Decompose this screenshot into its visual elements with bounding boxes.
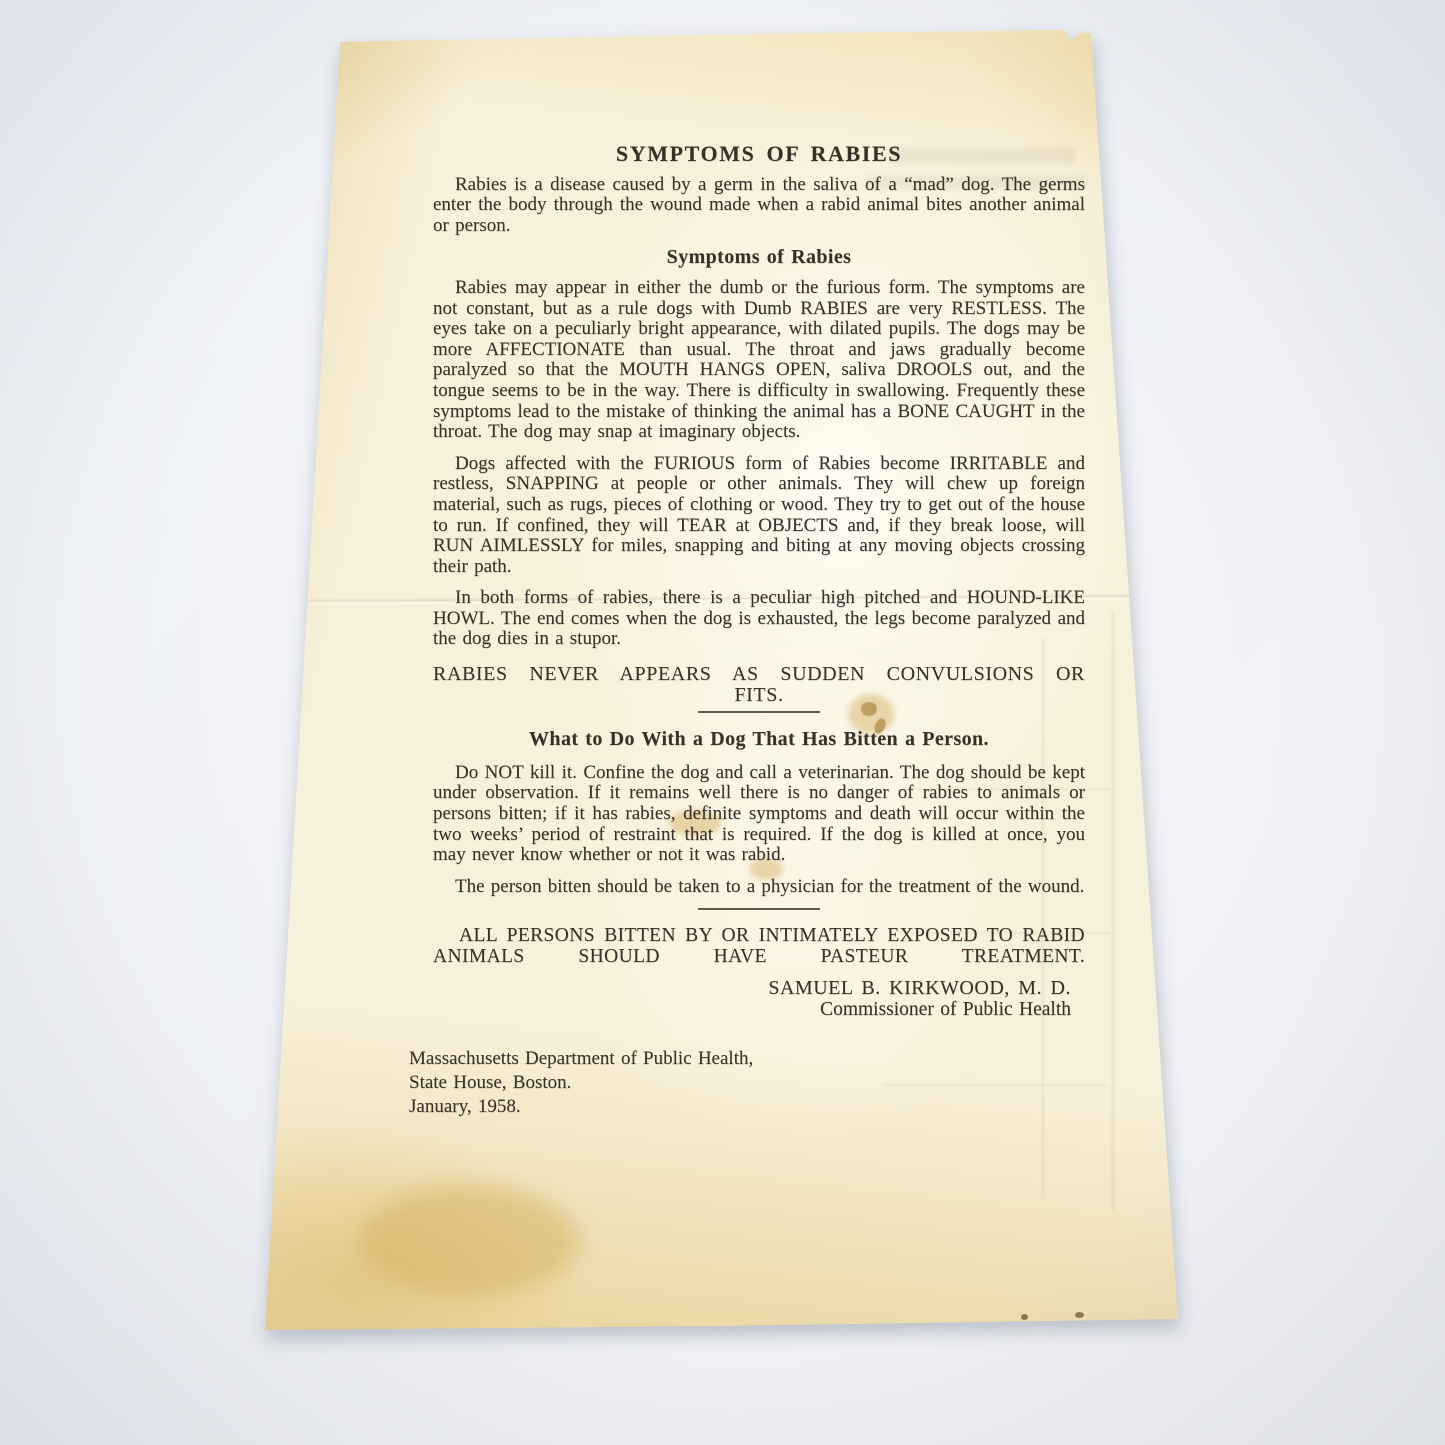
footer-block: Massachusetts Department of Public Healt… (409, 1047, 1085, 1119)
signature-block: SAMUEL B. KIRKWOOD, M. D. Commissioner o… (433, 978, 1071, 1021)
footer-line-3: January, 1958. (409, 1095, 1085, 1119)
printed-text-column: SYMPTOMS OF RABIES Rabies is a disease c… (433, 144, 1085, 1119)
stain (359, 1186, 579, 1296)
pasteur-statement: ALL PERSONS BITTEN BY OR INTIMATELY EXPO… (433, 926, 1085, 967)
bitten-dog-paragraph-1: Do NOT kill it. Confine the dog and call… (433, 763, 1085, 866)
signature-name: SAMUEL B. KIRKWOOD, M. D. (433, 978, 1071, 999)
bitten-dog-heading: What to Do With a Dog That Has Bitten a … (433, 729, 1085, 750)
convulsions-statement: RABIES NEVER APPEARS AS SUDDEN CONVULSIO… (433, 664, 1085, 705)
intro-paragraph: Rabies is a disease caused by a germ in … (433, 175, 1085, 237)
speck (1075, 1312, 1084, 1318)
section-divider (698, 711, 820, 713)
paper-shadow: SYMPTOMS OF RABIES Rabies is a disease c… (263, 26, 1181, 1332)
document-sheet: SYMPTOMS OF RABIES Rabies is a disease c… (263, 26, 1181, 1332)
symptoms-heading: Symptoms of Rabies (433, 247, 1085, 268)
bleed-through-line (1112, 610, 1114, 1210)
signature-title: Commissioner of Public Health (433, 1000, 1071, 1021)
footer-line-1: Massachusetts Department of Public Healt… (409, 1047, 1085, 1071)
photo-backdrop: SYMPTOMS OF RABIES Rabies is a disease c… (0, 0, 1445, 1445)
document-title: SYMPTOMS OF RABIES (433, 144, 1085, 165)
footer-line-2: State House, Boston. (409, 1071, 1085, 1095)
section-divider (698, 908, 820, 910)
symptoms-paragraph-1: Rabies may appear in either the dumb or … (433, 278, 1085, 443)
bitten-dog-paragraph-2: The person bitten should be taken to a p… (433, 877, 1085, 898)
symptoms-paragraph-2: Dogs affected with the FURIOUS form of R… (433, 454, 1085, 578)
howl-paragraph: In both forms of rabies, there is a pecu… (433, 588, 1085, 650)
speck (1021, 1314, 1028, 1320)
